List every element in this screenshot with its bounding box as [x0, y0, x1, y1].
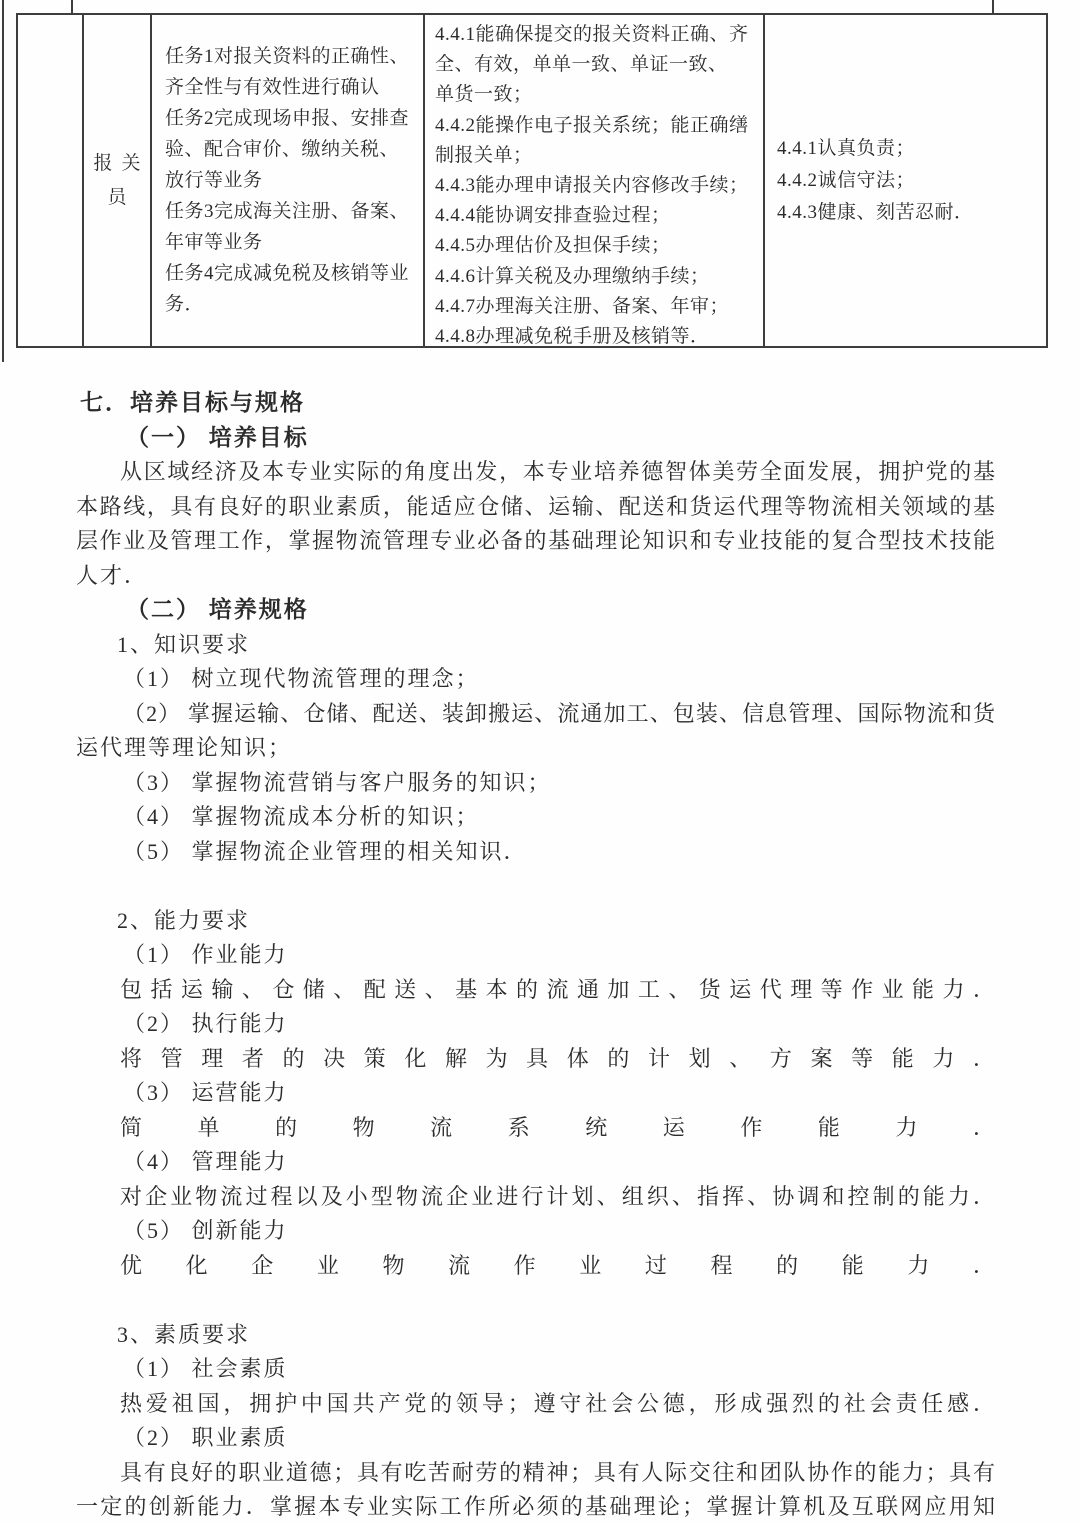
document-page: 报关员 任务1对报关资料的正确性、齐全性与有效性进行确认任务2完成现场申报、安排…	[0, 0, 1080, 1525]
body-line: （4） 掌握物流成本分析的知识；	[123, 800, 996, 835]
body-line: 具有良好的职业道德；具有吃苦耐劳的精神；具有人际交往和团队协作的能力；具有	[120, 1456, 996, 1491]
skill-line: 4.4.6计算关税及办理缴纳手续；	[435, 262, 759, 292]
body-line: （一） 培养目标	[126, 421, 996, 456]
skill-line: 单货一致；	[435, 80, 759, 110]
body-line	[76, 869, 996, 904]
body-line: 一定的创新能力．掌握本专业实际工作所必须的基础理论；掌握计算机及互联网应用知	[76, 1490, 996, 1525]
task-line: 任务4完成减免税及核销等业	[165, 258, 419, 289]
body-line: 对企业物流过程以及小型物流企业进行计划、组织、指挥、协调和控制的能力．	[120, 1180, 996, 1215]
body-line: 2、能力要求	[117, 904, 996, 939]
grid-remnant-tick-left	[71, 0, 73, 14]
body-line: 简单的物流系统运作能力．	[120, 1111, 996, 1146]
body-line: （2） 执行能力	[123, 1007, 996, 1042]
body-line: 运代理等理论知识；	[76, 731, 996, 766]
body-line: （2） 职业素质	[123, 1421, 996, 1456]
body-line: 优化企业物流作业过程的能力．	[120, 1249, 996, 1284]
grid-remnant-tick-right	[992, 0, 994, 14]
table-cell-tasks: 任务1对报关资料的正确性、齐全性与有效性进行确认任务2完成现场申报、安排查验、配…	[150, 15, 423, 346]
body-line: （1） 树立现代物流管理的理念；	[123, 662, 996, 697]
body-line: 层作业及管理工作，掌握物流管理专业必备的基础理论知识和专业技能的复合型技术技能	[76, 524, 996, 559]
table-cell-quality-requirements: 4.4.1认真负责；4.4.2诚信守法；4.4.3健康、刻苦忍耐．	[763, 15, 1046, 346]
skill-line: 4.4.8办理减免税手册及核销等．	[435, 322, 759, 346]
body-line: （2） 掌握运输、仓储、配送、装卸搬运、流通加工、包装、信息管理、国际物流和货	[123, 697, 996, 732]
quality-line: 4.4.1认真负责；	[777, 133, 1042, 165]
table-outer-border-line	[2, 0, 4, 362]
quality-line: 4.4.2诚信守法；	[777, 165, 1042, 197]
task-line: 任务2完成现场申报、安排查	[165, 103, 419, 134]
body-line: （4） 管理能力	[123, 1145, 996, 1180]
body-line: （1） 社会素质	[123, 1352, 996, 1387]
body-line: 将管理者的决策化解为具体的计划、方案等能力．	[120, 1042, 996, 1077]
task-line: 齐全性与有效性进行确认	[165, 72, 419, 103]
task-line: 验、配合审价、缴纳关税、	[165, 134, 419, 165]
task-line: 放行等业务	[165, 165, 419, 196]
table-cell-position: 报关员	[82, 15, 150, 346]
table-cell-skill-requirements: 4.4.1能确保提交的报关资料正确、齐全、有效，单单一致、单证一致、单货一致；4…	[423, 15, 763, 346]
position-line: 报关	[84, 147, 149, 181]
body-line: 包括运输、仓储、配送、基本的流通加工、货运代理等作业能力．	[120, 973, 996, 1008]
body-line: 1、知识要求	[117, 628, 996, 663]
body-line: 人才．	[76, 559, 996, 594]
task-line: 任务3完成海关注册、备案、	[165, 196, 419, 227]
body-line: 本路线，具有良好的职业素质，能适应仓储、运输、配送和货运代理等物流相关领域的基	[76, 490, 996, 525]
skill-line: 全、有效，单单一致、单证一致、	[435, 50, 759, 80]
task-line: 任务1对报关资料的正确性、	[165, 41, 419, 72]
skill-line: 4.4.7办理海关注册、备案、年审；	[435, 292, 759, 322]
body-line: 热爱祖国，拥护中国共产党的领导；遵守社会公德，形成强烈的社会责任感．	[120, 1387, 996, 1422]
body-line: 从区域经济及本专业实际的角度出发，本专业培养德智体美劳全面发展，拥护党的基	[120, 455, 996, 490]
body-line: （5） 掌握物流企业管理的相关知识．	[123, 835, 996, 870]
body-line: 3、素质要求	[117, 1318, 996, 1353]
body-line: 七．培养目标与规格	[80, 386, 996, 421]
document-body: 七．培养目标与规格（一） 培养目标从区域经济及本专业实际的角度出发，本专业培养德…	[76, 386, 996, 1525]
body-line: （二） 培养规格	[126, 593, 996, 628]
body-line: （1） 作业能力	[123, 938, 996, 973]
table-cell-empty	[18, 15, 82, 346]
skill-line: 制报关单；	[435, 141, 759, 171]
body-line: （5） 创新能力	[123, 1214, 996, 1249]
skill-line: 4.4.4能协调安排查验过程；	[435, 201, 759, 231]
task-line: 务．	[165, 289, 419, 320]
skill-line: 4.4.5办理估价及担保手续；	[435, 231, 759, 261]
body-line: （3） 运营能力	[123, 1076, 996, 1111]
quality-line: 4.4.3健康、刻苦忍耐．	[777, 197, 1042, 229]
occupation-requirements-table: 报关员 任务1对报关资料的正确性、齐全性与有效性进行确认任务2完成现场申报、安排…	[16, 13, 1048, 348]
skill-line: 4.4.1能确保提交的报关资料正确、齐	[435, 20, 759, 50]
skill-line: 4.4.2能操作电子报关系统；能正确缮	[435, 111, 759, 141]
body-line	[76, 1283, 996, 1318]
position-line: 员	[98, 181, 135, 215]
skill-line: 4.4.3能办理申请报关内容修改手续；	[435, 171, 759, 201]
body-line: （3） 掌握物流营销与客户服务的知识；	[123, 766, 996, 801]
task-line: 年审等业务	[165, 227, 419, 258]
